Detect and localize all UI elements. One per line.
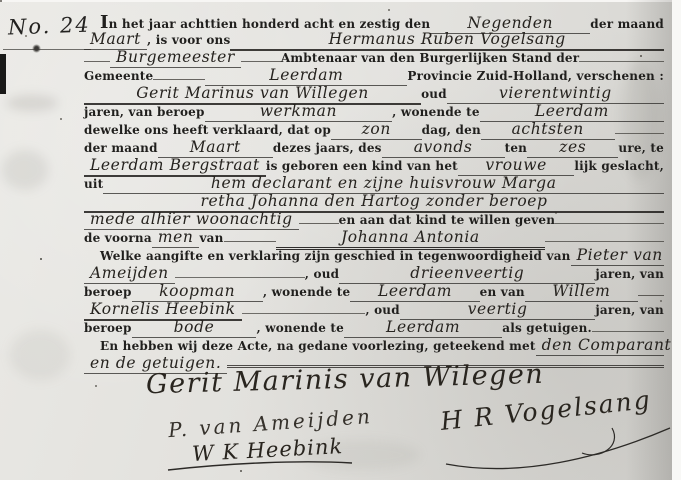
printed-text: van [199,231,223,245]
entry-witness2-age: veertig [400,300,596,320]
printed-text: , wonende te [392,105,480,119]
printed-text: beroep [84,285,132,299]
printed-text: , oud [305,267,339,281]
printed-text: jaren, van [595,303,664,317]
entry-month: Maart [84,30,147,50]
printed-text: uit [84,177,103,191]
act-line: beroep koopman , wonende te Leerdam en v… [84,282,664,300]
printed-text: dezes jaars, des [273,141,382,155]
printed-text: der maand [84,141,158,155]
rule-fill [555,223,664,224]
bleed-through-smudge [2,150,48,190]
printed-text: Welke aangifte en verklaring zijn geschi… [100,249,571,263]
act-text: In het jaar achttien honderd acht en zes… [84,12,664,372]
entry-hour: zes [527,138,618,158]
entry-weekday: zon [331,120,422,140]
entry-birth-day: achtsten [481,120,615,140]
entry-witness2-occupation: bode [132,318,257,338]
entry-official-title: Burgemeester [110,48,241,68]
printed-text: der maand [590,17,664,31]
act-line: Gemeente Leerdam Provincie Zuid-Holland,… [84,66,664,84]
entry-time-of-day: avonds [382,138,505,158]
act-line: beroep bode , wonende te Leerdam als get… [84,318,664,336]
printed-text: jaren, van beroep [84,105,205,119]
scanned-birth-certificate: No. 24 In het jaar achttien honderd acht… [0,0,681,480]
act-line: retha Johanna den Hartog zonder beroep [84,192,664,210]
rule-fill [615,133,664,134]
rule-fill [175,277,305,278]
entry-mother-residence: mede alhier woonachtig [84,210,299,230]
printed-text: dewelke ons heeft verklaard, dat op [84,123,331,137]
printed-text: oud [421,87,447,101]
binding-edge-mark [0,54,6,94]
entry-child-name: Johanna Antonia [276,228,546,250]
rule-fill [638,295,664,296]
scan-border [672,0,681,480]
entry-witness2-name: Willem [525,282,638,302]
act-line: Leerdam Bergstraat is geboren een kind v… [84,156,664,174]
printed-text: , wonende te [256,321,344,335]
printed-text: beroep [84,321,132,335]
printed-text: En hebben wij deze Acte, na gedane voorl… [100,339,536,353]
ink-specks [0,0,2,2]
entry-witness1-age: drieenveertig [339,264,595,284]
rule-fill [242,313,366,314]
entry-witness1-residence: Leerdam [350,282,479,302]
printed-text: ure, te [618,141,664,155]
rule-fill [299,223,339,224]
entry-names-suffix: men [152,228,200,248]
bleed-through-smudge [6,95,58,111]
entry-witness1-name: Pieter van [571,246,664,266]
printed-text: ten [505,141,528,155]
printed-text: , wonende te [263,285,351,299]
entry-mother-declaration: hem declarant en zijne huisvrouw Marga [103,174,664,194]
bleed-through-smudge [10,330,70,380]
act-line: der maand Maart dezes jaars, des avonds … [84,138,664,156]
printed-text: dag, den [422,123,481,137]
entry-official-name: Hermanus Ruben Vogelsang [230,30,664,51]
rule-fill [241,61,281,62]
printed-text: , is voor ons [147,33,230,47]
printed-text: Ambtenaar van den Burgerlijken Stand der [281,51,579,65]
act-line: En hebben wij deze Acte, na gedane voorl… [84,336,664,354]
act-line: Kornelis Heebink , oud veertig jaren, va… [84,300,664,318]
printed-text: lijk geslacht, [574,159,664,173]
rule-fill [592,331,664,332]
entry-witness2-residence: Leerdam [344,318,502,338]
act-line: Welke aangifte en verklaring zijn geschi… [84,246,664,264]
act-line: de voorna men van Johanna Antonia [84,228,664,246]
act-line: Maart , is voor ons Hermanus Ruben Vogel… [84,30,664,48]
entry-declarant-occupation: werkman [205,102,393,122]
act-line: uit hem declarant en zijne huisvrouw Mar… [84,174,664,192]
printed-text: de voorna [84,231,152,245]
printed-text: en van [480,285,525,299]
entry-witness1-name-cont: Ameijden [84,264,175,284]
printed-text: jaren, van [595,267,664,281]
ink-blot [32,44,41,53]
margin-rule [3,49,91,50]
printed-text: , oud [365,303,399,317]
printed-text: is geboren een kind van het [266,159,458,173]
act-line: Gerit Marinus van Willegen oud vierentwi… [84,84,664,102]
rule-fill [84,61,110,62]
act-line: jaren, van beroep werkman , wonende te L… [84,102,664,120]
printed-text: Gemeente [84,69,153,83]
printed-text: Provincie Zuid-Holland, verschenen : [407,69,664,83]
printed-text: en aan dat kind te willen geven [339,213,556,227]
act-line: Burgemeester Ambtenaar van den Burgerlij… [84,48,664,66]
entry-signing-parties: den Comparant [536,336,664,356]
entry-municipality: Leerdam [205,66,407,86]
rule-fill [579,61,664,62]
entry-birth-month: Maart [158,138,273,158]
act-number: No. 24 [8,13,92,40]
printed-text: als getuigen. [502,321,592,335]
rule-fill [545,241,664,242]
act-line: In het jaar achttien honderd acht en zes… [84,12,664,30]
rule-fill [153,79,205,80]
entry-declarant-residence: Leerdam [480,102,664,122]
entry-declarant-age: vierentwintig [447,84,664,104]
rule-fill [224,241,276,242]
act-line: dewelke ons heeft verklaard, dat op zon … [84,120,664,138]
act-line: Ameijden , oud drieenveertig jaren, van [84,264,664,282]
entry-sex: vrouwe [458,156,574,176]
entry-witness1-occupation: koopman [132,282,263,302]
